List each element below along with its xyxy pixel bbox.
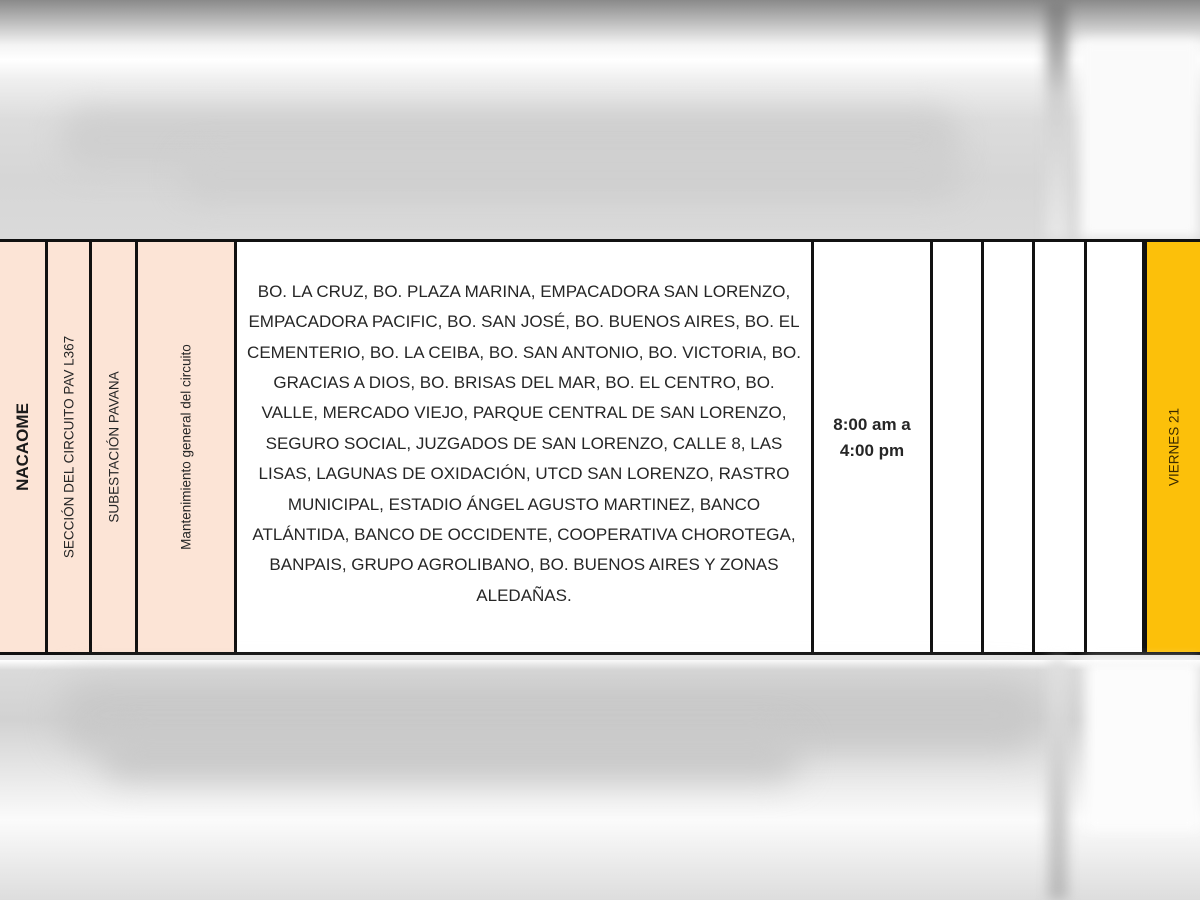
blurred-text	[180, 150, 960, 200]
municipio-label: NACAOME	[13, 403, 33, 491]
empty-cell	[984, 242, 1035, 652]
horario-end: 4:00 pm	[833, 438, 911, 464]
subestacion-cell: SUBESTACIÓN PAVANA	[92, 242, 138, 652]
empty-cell	[933, 242, 984, 652]
municipio-cell: NACAOME	[0, 242, 48, 652]
dia-label: VIERNES 21	[1166, 408, 1181, 486]
blurred-panel	[1085, 660, 1200, 830]
empty-cell	[1035, 242, 1087, 652]
horario-cell: 8:00 am a 4:00 pm	[814, 242, 933, 652]
seccion-cell: SECCIÓN DEL CIRCUITO PAV L367	[48, 242, 92, 652]
subestacion-label: SUBESTACIÓN PAVANA	[106, 371, 121, 522]
dia-cell: VIERNES 21	[1145, 242, 1200, 652]
horario-start: 8:00 am a	[833, 412, 911, 438]
horario-text: 8:00 am a 4:00 pm	[833, 412, 911, 464]
outage-schedule-row: NACAOME SECCIÓN DEL CIRCUITO PAV L367 SU…	[0, 239, 1200, 655]
seccion-label: SECCIÓN DEL CIRCUITO PAV L367	[61, 336, 76, 558]
blurred-panel	[1080, 40, 1200, 239]
blurred-divider	[1046, 0, 1068, 239]
trabajo-label: Mantenimiento general del circuito	[179, 344, 194, 550]
blurred-header-region	[0, 0, 1200, 239]
zonas-afectadas-text: BO. LA CRUZ, BO. PLAZA MARINA, EMPACADOR…	[237, 277, 811, 611]
blurred-text	[100, 730, 800, 780]
trabajo-cell: Mantenimiento general del circuito	[138, 242, 237, 652]
blurred-divider	[1048, 660, 1068, 900]
blurred-footer-region	[0, 660, 1200, 900]
zonas-afectadas-cell: BO. LA CRUZ, BO. PLAZA MARINA, EMPACADOR…	[237, 242, 814, 652]
empty-cell	[1087, 242, 1145, 652]
